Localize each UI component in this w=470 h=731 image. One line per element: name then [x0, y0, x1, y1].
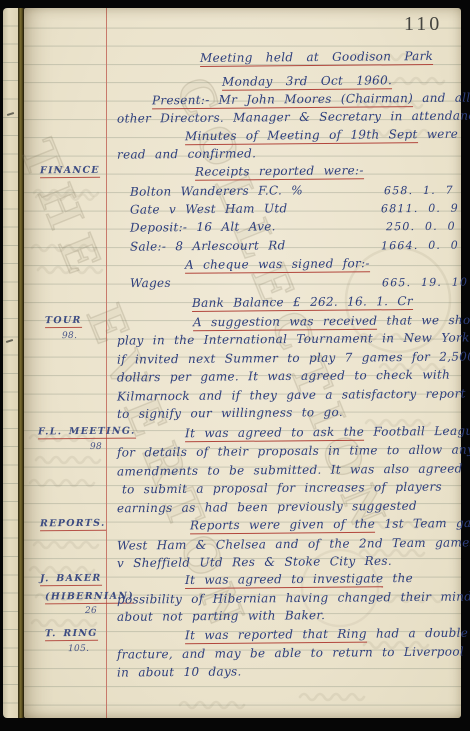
minute-text-line: to submit a proposal for increases of pl… — [122, 480, 442, 497]
minute-text-line: Monday 3rd Oct 1960. — [222, 73, 392, 88]
minute-text-line: Deposit:- 16 Alt Ave. — [130, 219, 276, 234]
ledger-amount: 6811. 0. 9 — [381, 202, 459, 216]
ledger-amount: 665. 19. 10 — [382, 276, 468, 290]
minute-text-line: West Ham & Chelsea and of the 2nd Team g… — [117, 535, 470, 552]
minute-text-line: v Sheffield Utd Res & Stoke City Res. — [117, 554, 392, 570]
ledger-amount: 658. 1. 7 — [384, 184, 454, 198]
minute-text-line: Bolton Wanderers F.C. % — [130, 183, 303, 199]
minute-text-line: It was agreed to investigate the — [185, 571, 413, 587]
margin-heading: TOUR — [45, 315, 82, 326]
minute-text-line: Minutes of Meeting of 19th Sept were — [185, 127, 458, 143]
minute-text-line: Sale:- 8 Arlescourt Rd — [130, 238, 286, 253]
minute-text-line: Bank Balance £ 262. 16. 1. Cr — [192, 294, 413, 310]
minute-text-line: A suggestion was received that we should — [193, 313, 470, 330]
minute-text-line: amendments to be submitted. It was also … — [117, 461, 463, 478]
minute-text-line: play in the International Tournament in … — [117, 330, 470, 347]
margin-reference-number: 98 — [90, 442, 102, 452]
handwritten-ink-layer: Meeting held at Goodison ParkMonday 3rd … — [0, 0, 470, 731]
minute-text-line: Present:- Mr John Moores (Chairman) and … — [152, 91, 470, 108]
minute-text-line: Receipts reported were:- — [195, 163, 364, 178]
minute-text-line: dollars per game. It was agreed to check… — [117, 368, 450, 385]
minute-text-line: other Directors. Manager & Secretary in … — [117, 108, 470, 125]
minute-text-line: in about 10 days. — [117, 664, 242, 679]
minute-text-line: possibility of Hibernian having changed … — [117, 589, 470, 606]
minute-book-scan: COLLECTION THE EVERTON 110 Meeting held … — [0, 0, 470, 731]
minute-text-line: Wages — [130, 276, 171, 290]
margin-heading: F.L. MEETING. — [38, 426, 136, 438]
ledger-amount: 250. 0. 0 — [386, 220, 456, 234]
minute-text-line: Reports were given of the 1st Team games… — [190, 516, 470, 533]
minute-text-line: Kilmarnock and if they gave a satisfacto… — [117, 386, 466, 403]
minute-text-line: A cheque was signed for:- — [185, 256, 370, 272]
minute-text-line: It was reported that Ring had a double — [185, 626, 468, 642]
minute-text-line: earnings as had been previously suggeste… — [117, 499, 417, 516]
margin-reference-number: 98. — [62, 331, 77, 341]
margin-heading: J. BAKER — [40, 573, 102, 585]
margin-heading: FINANCE — [40, 165, 100, 177]
margin-heading: T. RING — [45, 628, 98, 639]
minute-text-line: It was agreed to ask the Football League — [185, 424, 470, 441]
ledger-amount: 1664. 0. 0 — [381, 239, 459, 253]
minute-text-line: if invited next Summer to play 7 games f… — [117, 349, 470, 366]
minute-text-line: read and confirmed. — [117, 146, 256, 161]
margin-heading: REPORTS. — [40, 518, 106, 530]
minute-text-line: about not parting with Baker. — [117, 608, 325, 624]
margin-reference-number: 26 — [85, 606, 97, 616]
minute-text-line: for details of their proposals in time t… — [117, 442, 470, 459]
minute-text-line: Gate v West Ham Utd — [130, 201, 288, 216]
margin-reference-number: 105. — [68, 644, 89, 654]
minute-text-line: to signify our willingness to go. — [117, 405, 343, 421]
minute-text-line: fracture, and may be able to return to L… — [117, 644, 464, 661]
minute-text-line: Meeting held at Goodison Park — [200, 49, 433, 65]
